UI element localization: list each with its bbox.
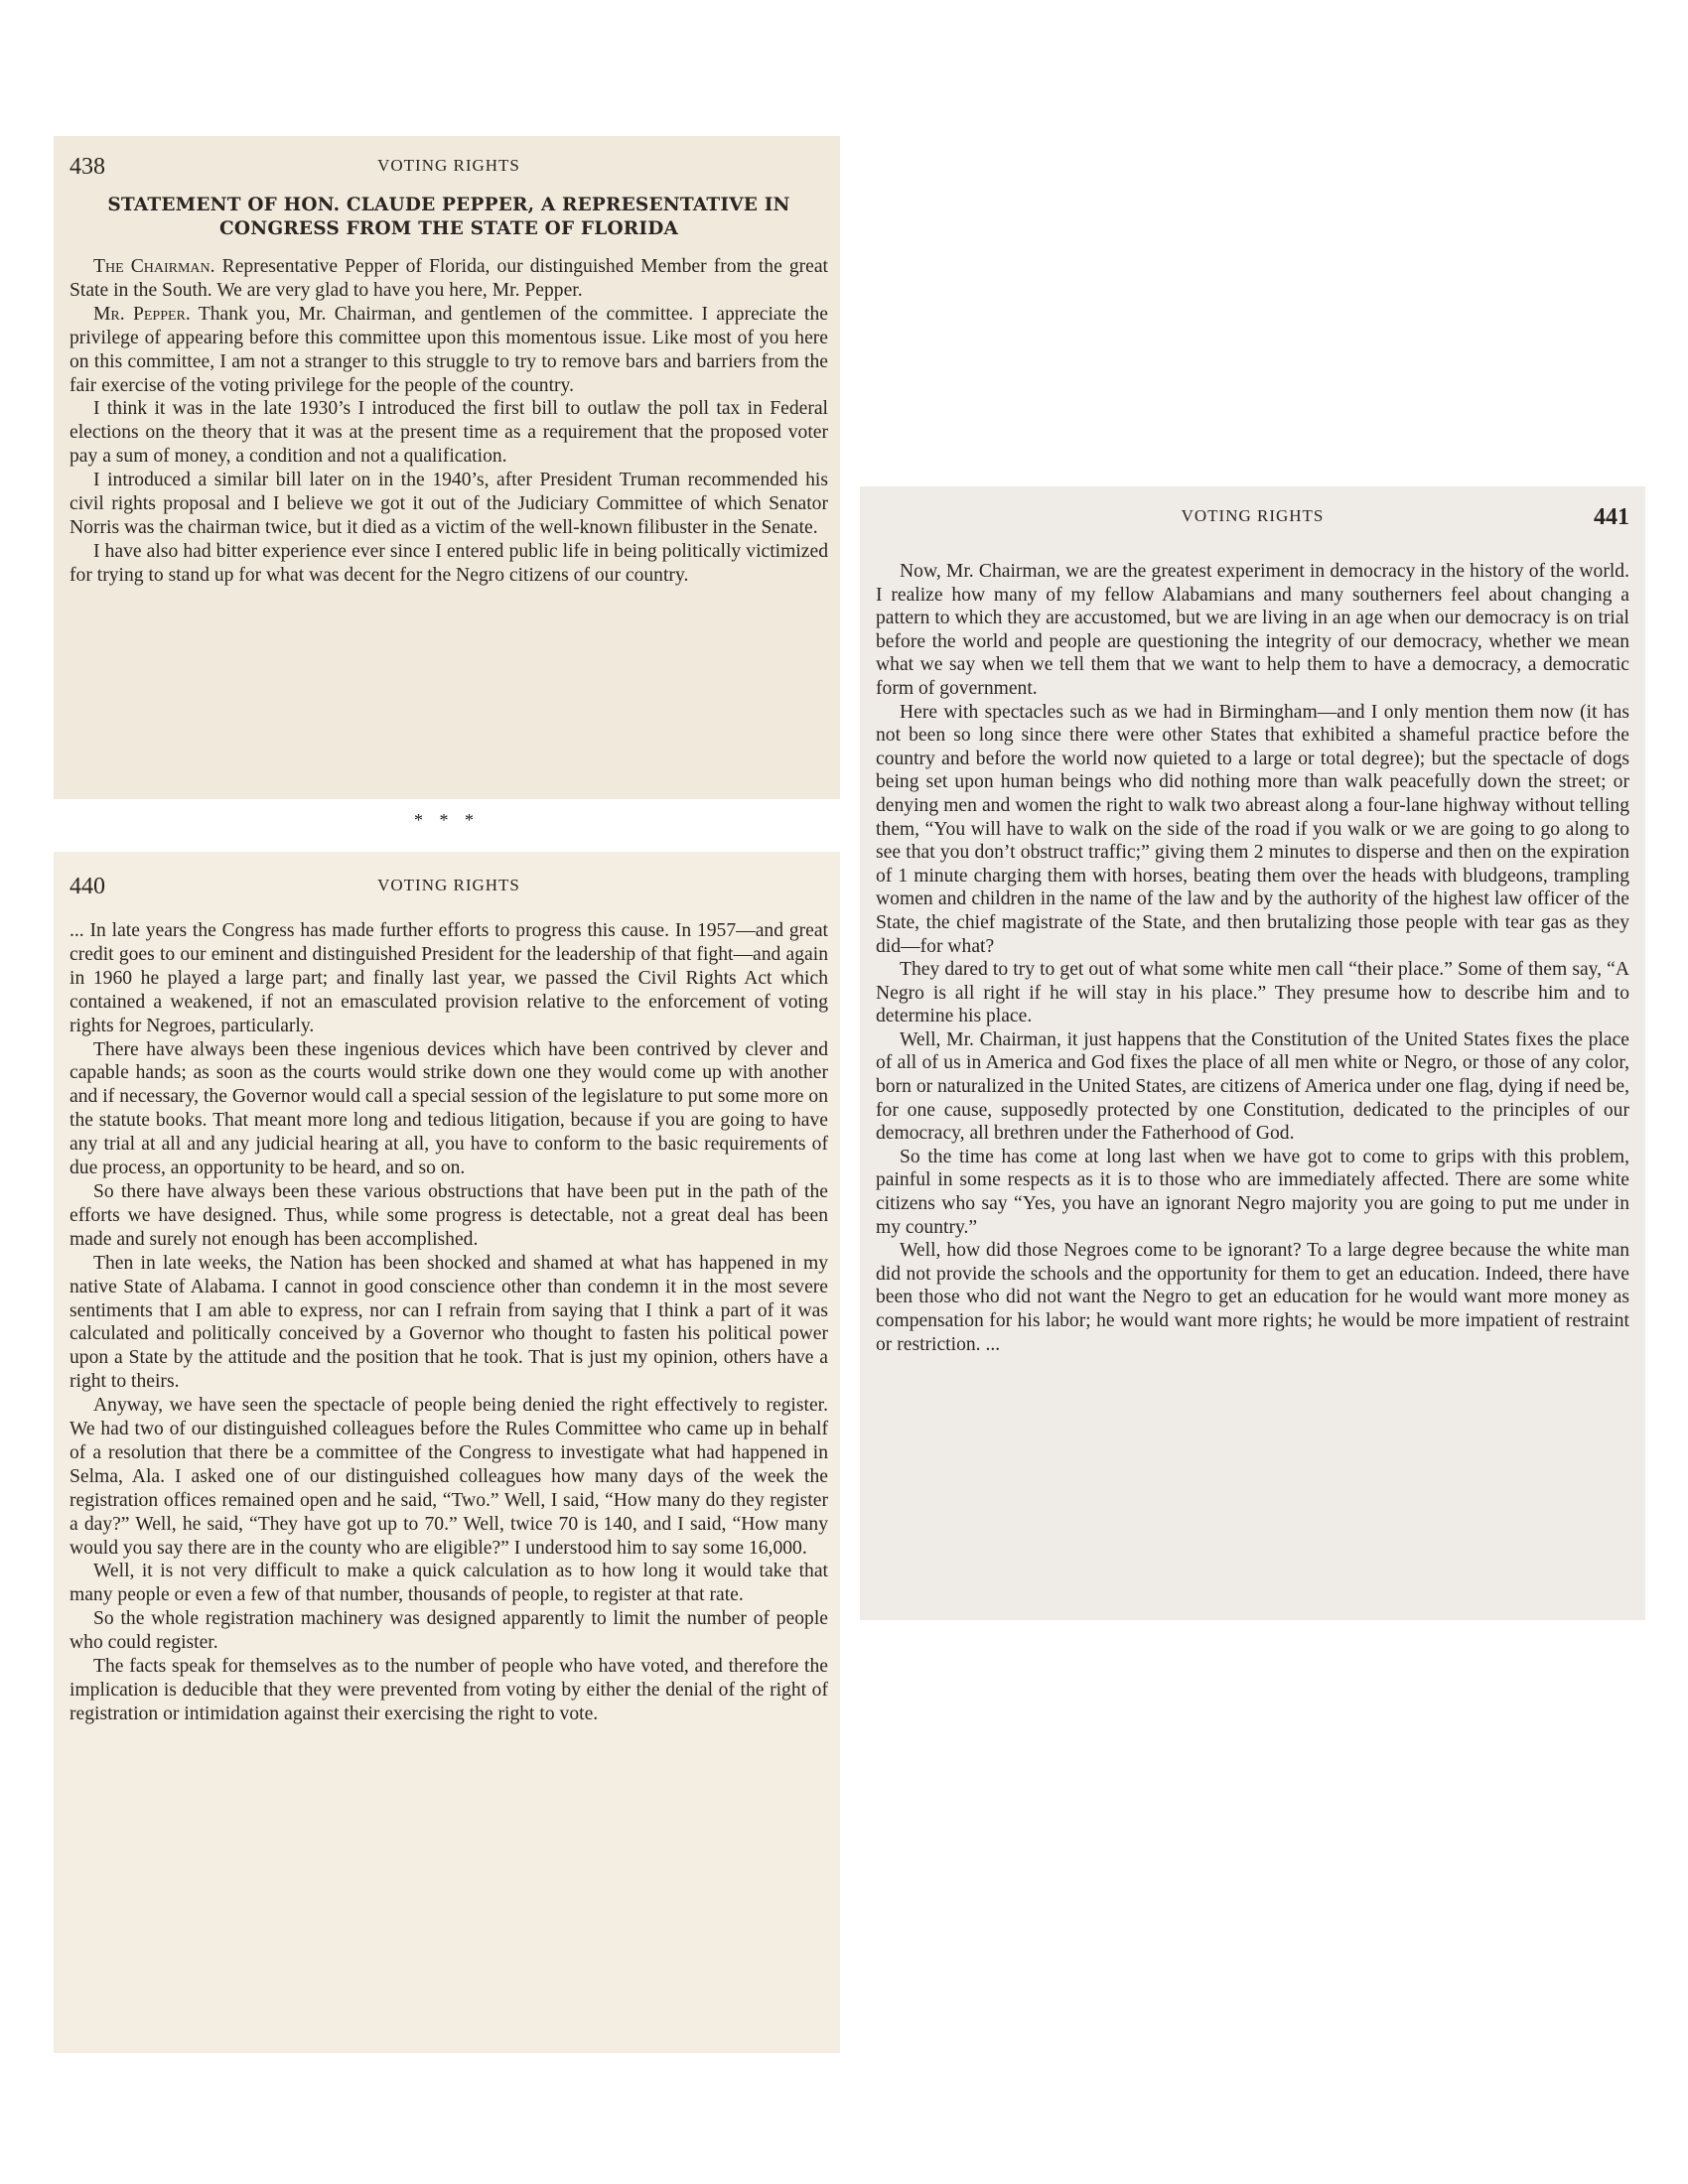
paragraph: Here with spectacles such as we had in B…: [876, 701, 1629, 959]
paragraph: There have always been these ingenious d…: [70, 1038, 828, 1180]
page-number: 441: [1594, 504, 1629, 531]
paragraph: Then in late weeks, the Nation has been …: [70, 1252, 828, 1394]
paragraph: Well, it is not very difficult to make a…: [70, 1560, 828, 1607]
running-head-title: VOTING RIGHTS: [70, 876, 828, 895]
running-header: 438 VOTING RIGHTS: [70, 152, 828, 186]
paragraph: Now, Mr. Chairman, we are the greatest e…: [876, 560, 1629, 701]
paragraph: Mr. Pepper. Thank you, Mr. Chairman, and…: [70, 303, 828, 398]
section-separator: * * *: [0, 810, 894, 831]
paragraph: They dared to try to get out of what som…: [876, 958, 1629, 1028]
speaker-label: Mr. Pepper.: [93, 304, 191, 325]
paragraph: Well, Mr. Chairman, it just happens that…: [876, 1028, 1629, 1146]
page-441-excerpt: VOTING RIGHTS 441 Now, Mr. Chairman, we …: [860, 486, 1645, 1620]
page-438-body: The Chairman. Representative Pepper of F…: [70, 255, 828, 588]
paragraph: So there have always been these various …: [70, 1180, 828, 1252]
running-header: 440 VOTING RIGHTS: [70, 872, 828, 905]
statement-title: STATEMENT OF HON. CLAUDE PEPPER, A REPRE…: [70, 194, 828, 241]
paragraph: So the time has come at long last when w…: [876, 1146, 1629, 1239]
paragraph: Well, how did those Negroes come to be i…: [876, 1239, 1629, 1356]
running-head-title: VOTING RIGHTS: [70, 156, 828, 176]
paragraph: ... In late years the Congress has made …: [70, 919, 828, 1038]
paragraph: Anyway, we have seen the spectacle of pe…: [70, 1394, 828, 1560]
speaker-label: The Chairman.: [93, 256, 215, 277]
paragraph: I think it was in the late 1930’s I intr…: [70, 397, 828, 469]
running-header: VOTING RIGHTS 441: [876, 502, 1629, 536]
paragraph: I introduced a similar bill later on in …: [70, 469, 828, 540]
page-441-body: Now, Mr. Chairman, we are the greatest e…: [876, 560, 1629, 1356]
paragraph: The facts speak for themselves as to the…: [70, 1655, 828, 1726]
paragraph: The Chairman. Representative Pepper of F…: [70, 255, 828, 303]
page-440-body: ... In late years the Congress has made …: [70, 919, 828, 1726]
paragraph: So the whole registration machinery was …: [70, 1607, 828, 1655]
page-438-excerpt: 438 VOTING RIGHTS STATEMENT OF HON. CLAU…: [54, 136, 840, 799]
paragraph: I have also had bitter experience ever s…: [70, 540, 828, 588]
running-head-title: VOTING RIGHTS: [876, 506, 1629, 526]
page-440-excerpt: 440 VOTING RIGHTS ... In late years the …: [54, 852, 840, 2053]
